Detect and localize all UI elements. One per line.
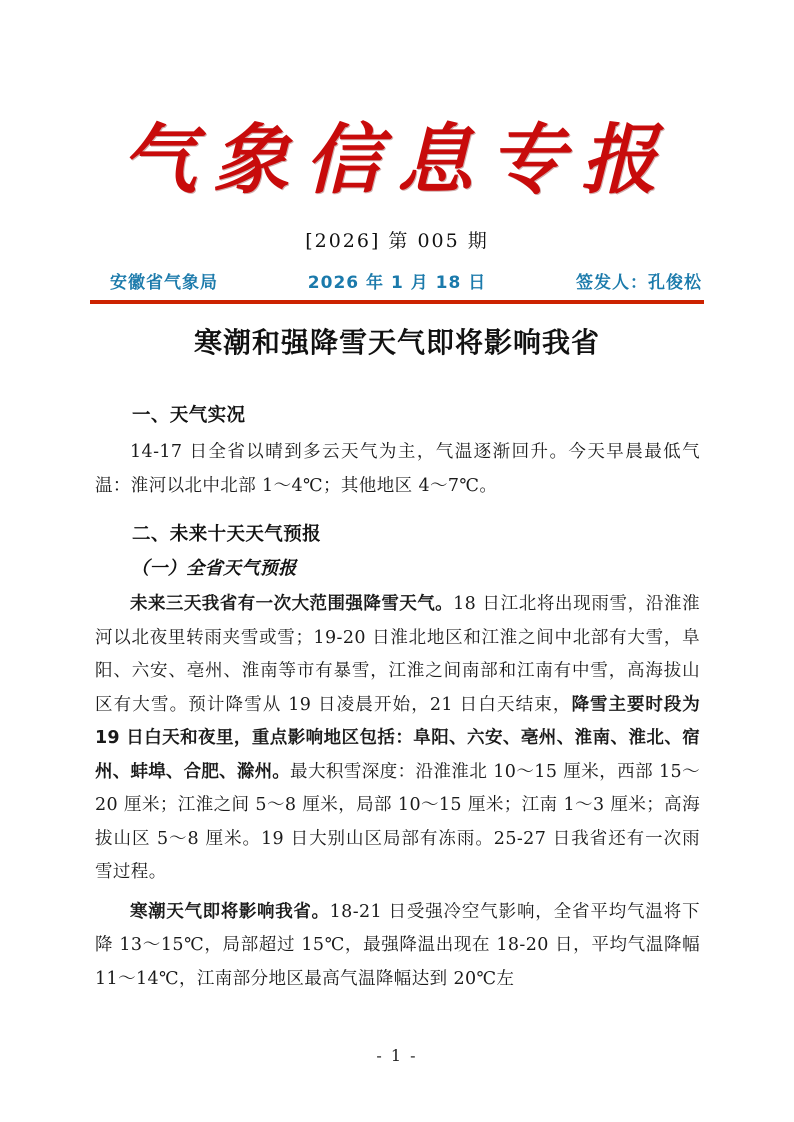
agency-name: 安徽省气象局 — [110, 271, 218, 295]
page-number: - 1 - — [0, 1046, 794, 1065]
red-divider-rule — [90, 300, 704, 304]
cold-wave-paragraph: 寒潮天气即将影响我省。18-21 日受强冷空气影响，全省平均气温将下降 13～1… — [95, 896, 700, 997]
issue-date: 2026 年 1 月 18 日 — [308, 271, 486, 295]
section-1-heading: 一、天气实况 — [95, 403, 700, 429]
masthead-title: 气象信息专报 — [0, 108, 794, 212]
document-body: 一、天气实况 14-17 日全省以晴到多云天气为主，气温逐渐回升。今天早晨最低气… — [95, 403, 700, 996]
issuer-name: 签发人：孔俊松 — [576, 271, 702, 295]
issue-number: [2026] 第 005 期 — [0, 228, 794, 254]
section-2-heading: 二、未来十天天气预报 — [95, 522, 700, 548]
document-title: 寒潮和强降雪天气即将影响我省 — [0, 325, 794, 361]
cold-wave-bold-lead: 寒潮天气即将影响我省。 — [130, 902, 330, 922]
section-2-sub-heading: （一）全省天气预报 — [95, 555, 700, 582]
bulletin-page: 气象信息专报 [2026] 第 005 期 安徽省气象局 2026 年 1 月 … — [0, 0, 794, 1122]
forecast-bold-lead: 未来三天我省有一次大范围强降雪天气。 — [130, 594, 453, 614]
forecast-paragraph: 未来三天我省有一次大范围强降雪天气。18 日江北将出现雨雪，沿淮淮河以北夜里转雨… — [95, 588, 700, 890]
agency-header-row: 安徽省气象局 2026 年 1 月 18 日 签发人：孔俊松 — [90, 271, 704, 295]
section-1-paragraph: 14-17 日全省以晴到多云天气为主，气温逐渐回升。今天早晨最低气温：淮河以北中… — [95, 436, 700, 503]
